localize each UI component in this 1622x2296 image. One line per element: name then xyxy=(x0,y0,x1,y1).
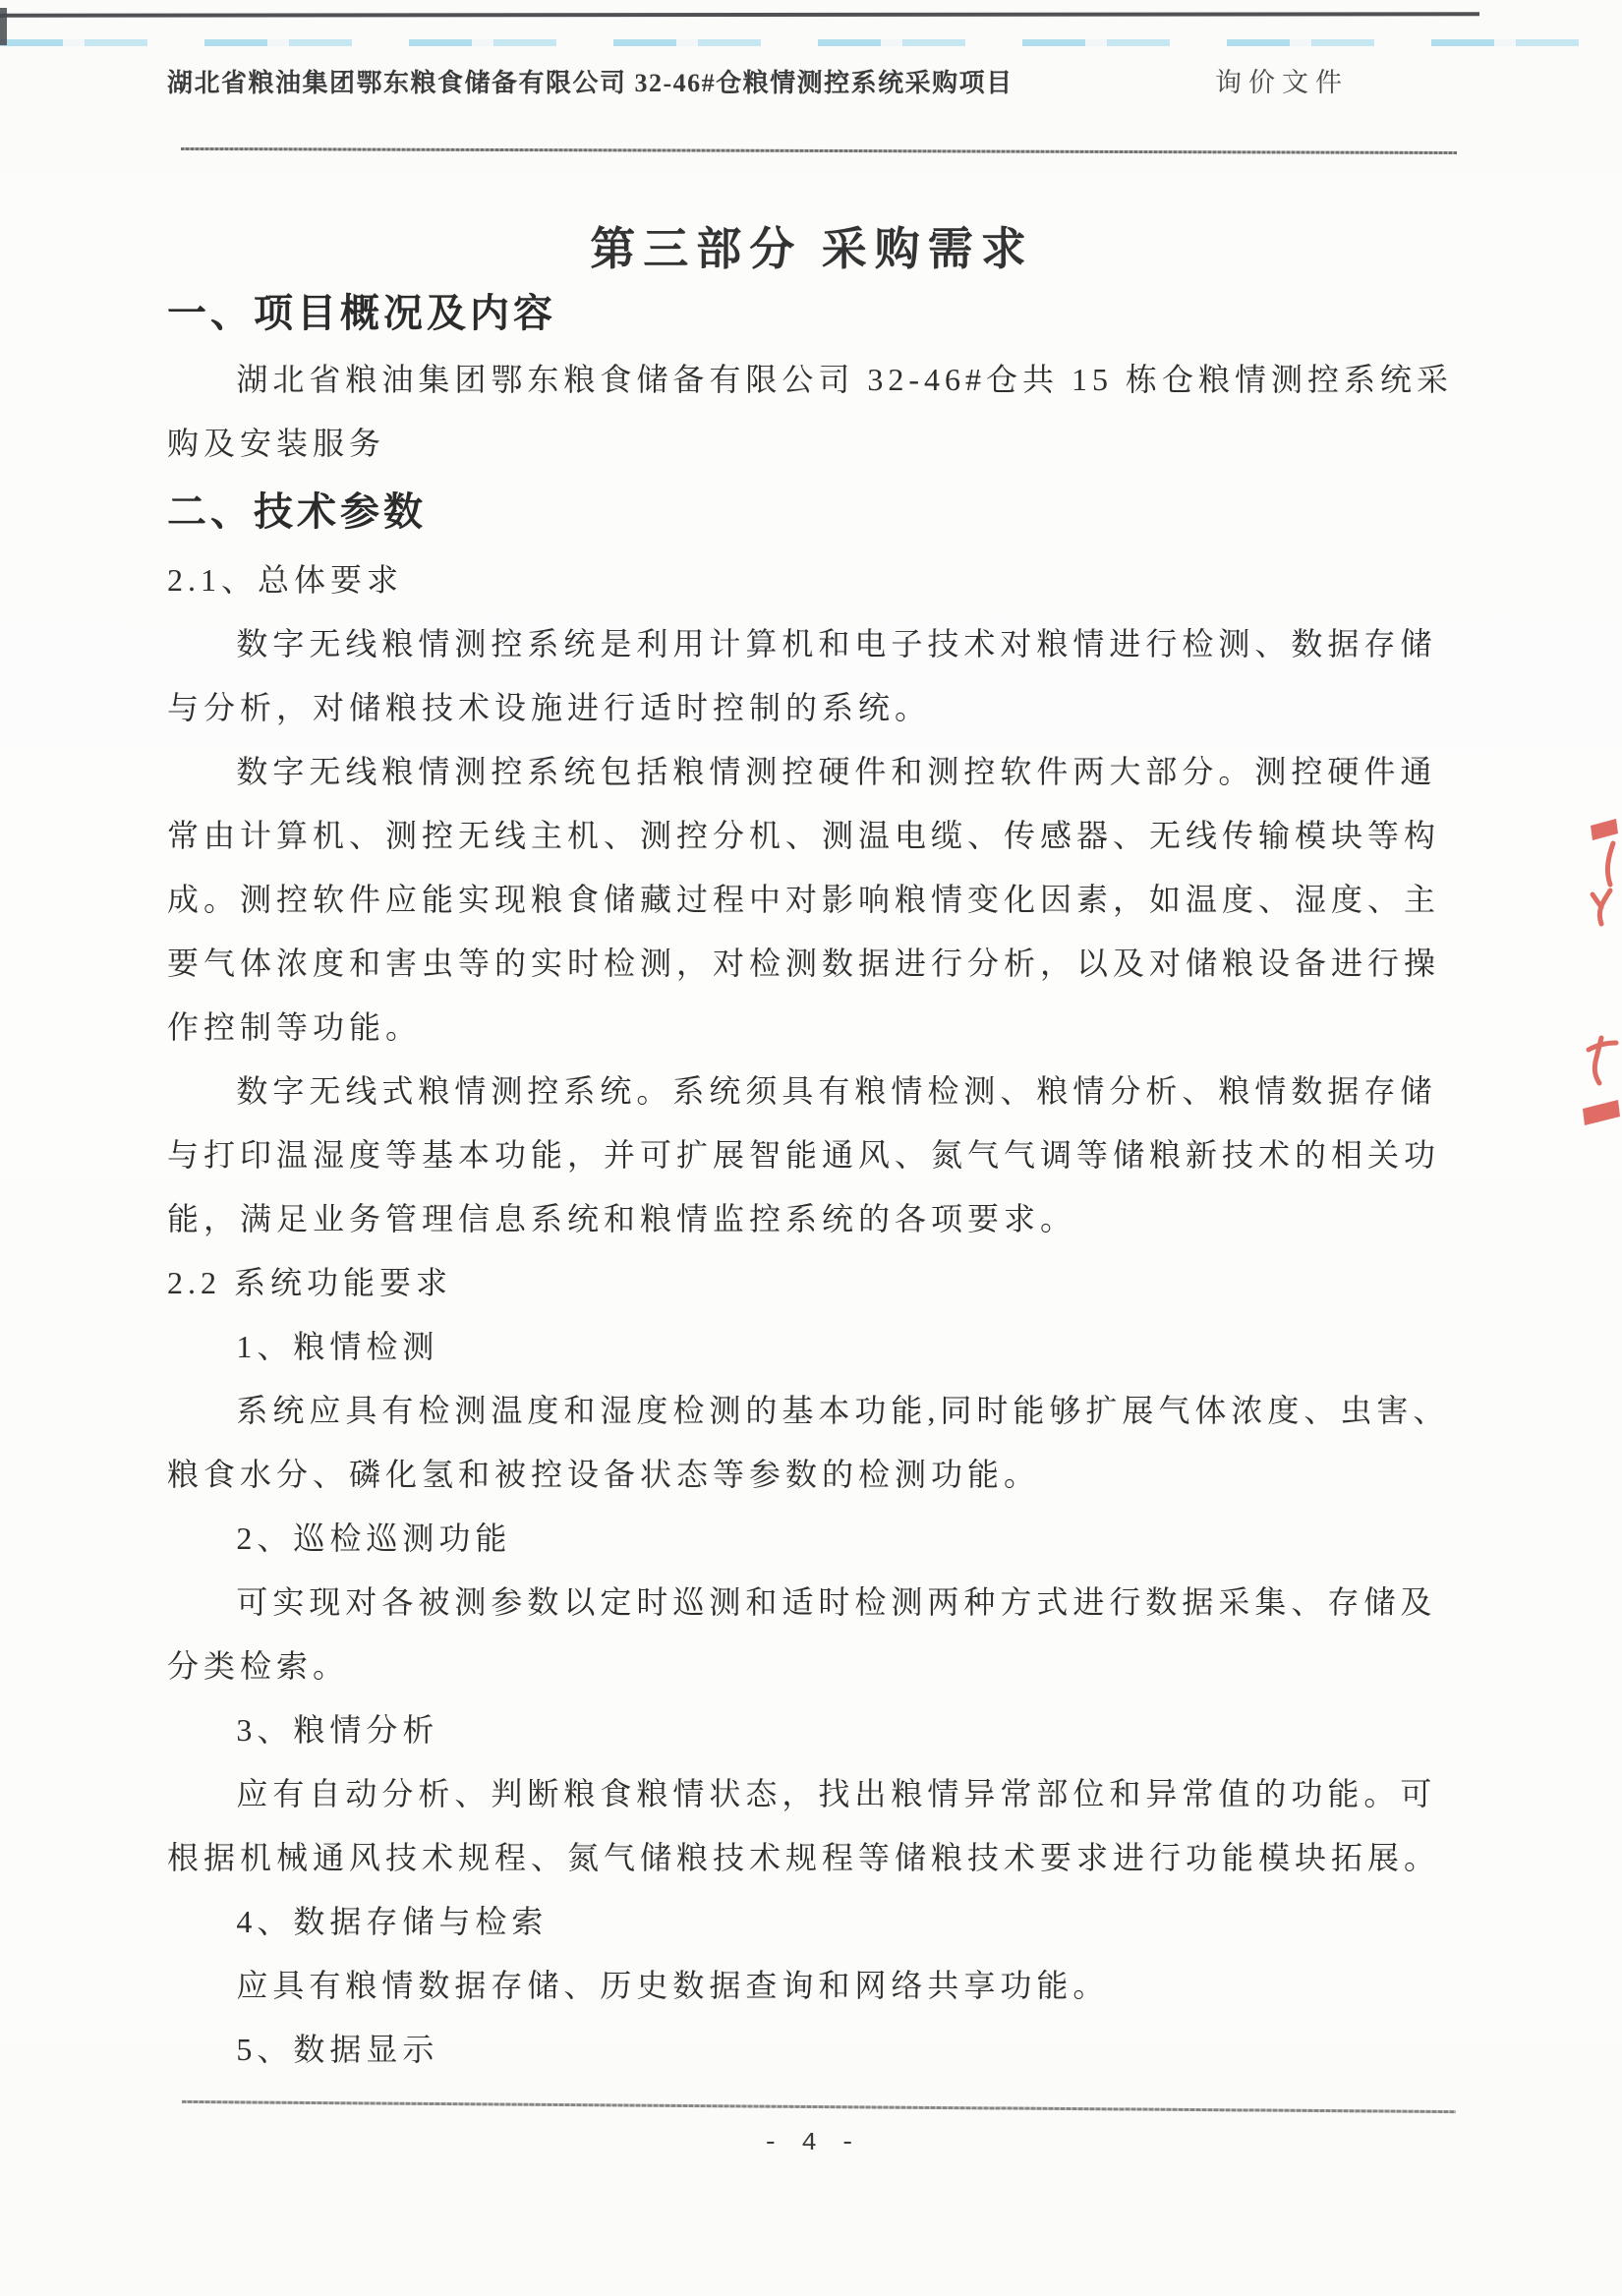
item-data-display: 5、数据显示 xyxy=(167,2018,1457,2082)
scan-edge-line xyxy=(0,12,1479,18)
heading-project-overview: 一、项目概况及内容 xyxy=(167,285,1457,342)
document-content: 第三部分 采购需求 一、项目概况及内容 湖北省粮油集团鄂东粮食储备有限公司 32… xyxy=(167,218,1457,2082)
header-project-title: 湖北省粮油集团鄂东粮食储备有限公司 32-46#仓粮情测控系统采购项目 xyxy=(167,63,1014,99)
item-grain-detection: 1、粮情检测 xyxy=(167,1315,1457,1379)
section-title: 第三部分 采购需求 xyxy=(167,218,1457,281)
header-doc-type: 询价文件 xyxy=(1215,61,1349,99)
heading-technical-parameters: 二、技术参数 xyxy=(167,484,1457,541)
paragraph-system-composition: 数字无线粮情测控系统包括粮情测控硬件和测控软件两大部分。测控硬件通 常由计算机、… xyxy=(167,740,1457,1060)
document-page: 湖北省粮油集团鄂东粮食储备有限公司 32-46#仓粮情测控系统采购项目 询价文件… xyxy=(0,0,1622,2296)
paragraph-grain-analysis: 应有自动分析、判断粮食粮情状态，找出粮情异常部位和异常值的功能。可 根据机械通风… xyxy=(167,1762,1457,1890)
subheading-system-function-requirements: 2.2 系统功能要求 xyxy=(167,1251,1457,1315)
paragraph-system-definition: 数字无线粮情测控系统是利用计算机和电子技术对粮情进行检测、数据存储 与分析，对储… xyxy=(167,612,1457,740)
footer-rule xyxy=(182,2100,1456,2113)
scan-blue-band xyxy=(0,39,1622,46)
paragraph-system-functions: 数字无线式粮情测控系统。系统须具有粮情检测、粮情分析、粮情数据存储 与打印温湿度… xyxy=(167,1060,1457,1251)
item-patrol-function: 2、巡检巡测功能 xyxy=(167,1507,1457,1571)
body-text: 2.1、总体要求 数字无线粮情测控系统是利用计算机和电子技术对粮情进行检测、数据… xyxy=(167,548,1457,2082)
subheading-general-requirements: 2.1、总体要求 xyxy=(167,548,1457,612)
page-number: - 4 - xyxy=(0,2128,1622,2157)
paragraph-data-storage: 应具有粮情数据存储、历史数据查询和网络共享功能。 xyxy=(167,1954,1457,2018)
paragraph-project-overview: 湖北省粮油集团鄂东粮食储备有限公司 32-46#仓共 15 栋仓粮情测控系统采 … xyxy=(167,348,1457,476)
paragraph-patrol-function: 可实现对各被测参数以定时巡测和适时检测两种方式进行数据采集、存储及 分类检索。 xyxy=(167,1571,1457,1698)
scan-corner-mark xyxy=(0,8,7,45)
item-grain-analysis: 3、粮情分析 xyxy=(167,1698,1457,1762)
page-header: 湖北省粮油集团鄂东粮食储备有限公司 32-46#仓粮情测控系统采购项目 询价文件 xyxy=(167,61,1457,99)
paragraph-grain-detection: 系统应具有检测温度和湿度检测的基本功能,同时能够扩展气体浓度、虫害、 粮食水分、… xyxy=(167,1379,1457,1507)
red-ink-mark xyxy=(1569,812,1622,1146)
item-data-storage: 4、数据存储与检索 xyxy=(167,1890,1457,1954)
header-rule xyxy=(181,147,1457,154)
